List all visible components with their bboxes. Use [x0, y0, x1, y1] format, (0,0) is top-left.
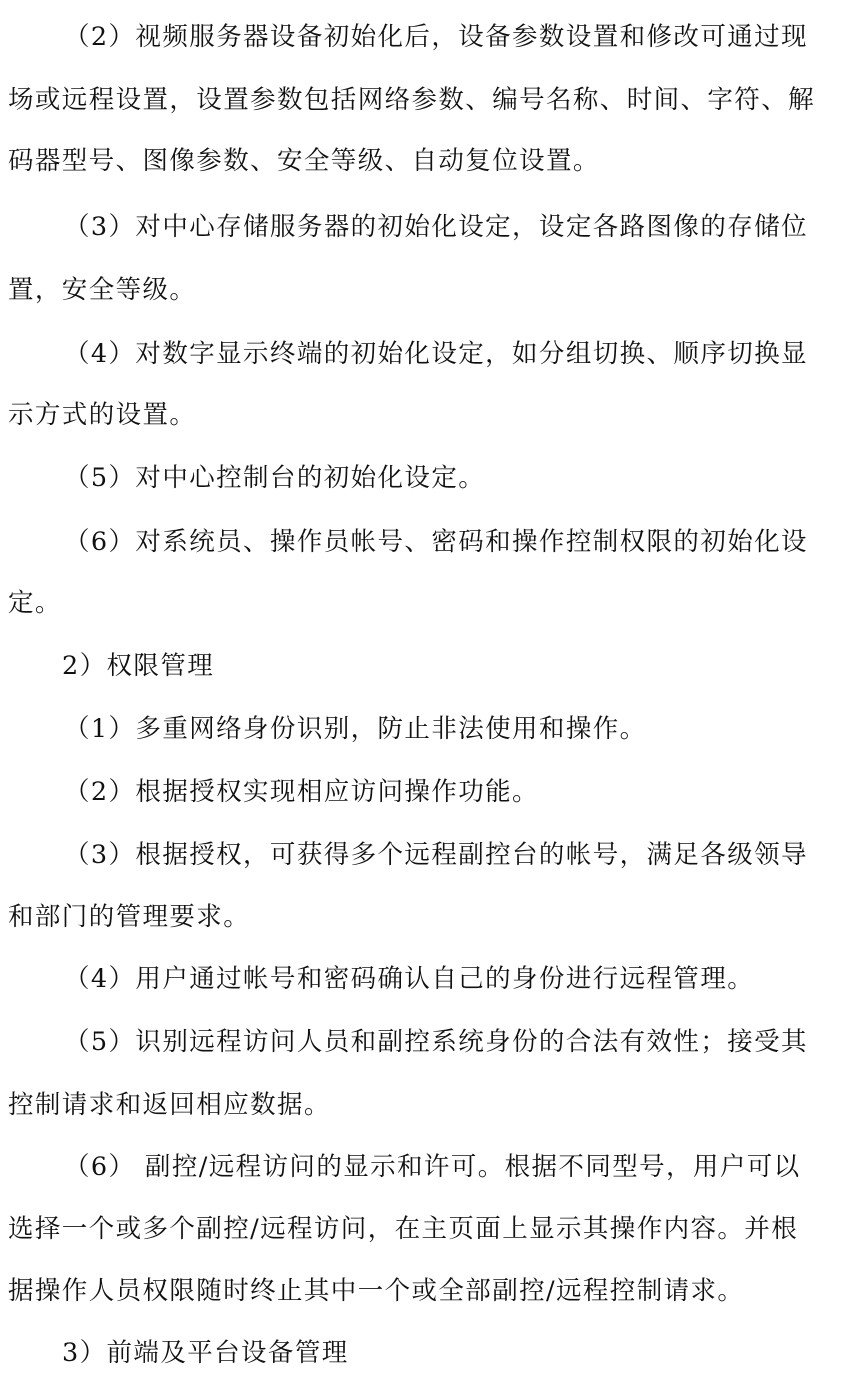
paragraph-line: （2）根据授权实现相应访问操作功能。: [64, 777, 837, 807]
section-heading: 2）权限管理: [62, 651, 837, 681]
paragraph-line: （3）对中心存储服务器的初始化设定，设定各路图像的存储位: [64, 212, 837, 242]
paragraph-line: （5）对中心控制台的初始化设定。: [64, 463, 837, 493]
paragraph-line: 控制请求和返回相应数据。: [8, 1090, 837, 1120]
document-page: （2）视频服务器设备初始化后，设备参数设置和修改可通过现 场或远程设置，设置参数…: [0, 0, 843, 1374]
paragraph-line: （3）根据授权，可获得多个远程副控台的帐号，满足各级领导: [64, 840, 837, 870]
paragraph-line: （2）视频服务器设备初始化后，设备参数设置和修改可通过现: [64, 22, 837, 52]
paragraph-line: 场或远程设置，设置参数包括网络参数、编号名称、时间、字符、解: [8, 85, 837, 115]
paragraph-line: 和部门的管理要求。: [8, 902, 837, 932]
paragraph-line: 置，安全等级。: [8, 275, 837, 305]
paragraph-line: （5）识别远程访问人员和副控系统身份的合法有效性；接受其: [64, 1027, 837, 1057]
paragraph-line: 码器型号、图像参数、安全等级、自动复位设置。: [8, 146, 837, 176]
paragraph-line: 示方式的设置。: [8, 400, 837, 430]
paragraph-line: （4）对数字显示终端的初始化设定，如分组切换、顺序切换显: [64, 339, 837, 369]
paragraph-line: （1）多重网络身份识别，防止非法使用和操作。: [64, 714, 837, 744]
paragraph-line: （6） 副控/远程访问的显示和许可。根据不同型号，用户可以: [64, 1152, 837, 1182]
paragraph-line: 据操作人员权限随时终止其中一个或全部副控/远程控制请求。: [8, 1276, 837, 1306]
section-heading: 3）前端及平台设备管理: [62, 1338, 837, 1368]
paragraph-line: （6）对系统员、操作员帐号、密码和操作控制权限的初始化设: [64, 527, 837, 557]
paragraph-line: 定。: [8, 588, 837, 618]
paragraph-line: 选择一个或多个副控/远程访问，在主页面上显示其操作内容。并根: [8, 1214, 837, 1244]
paragraph-line: （4）用户通过帐号和密码确认自己的身份进行远程管理。: [64, 964, 837, 994]
